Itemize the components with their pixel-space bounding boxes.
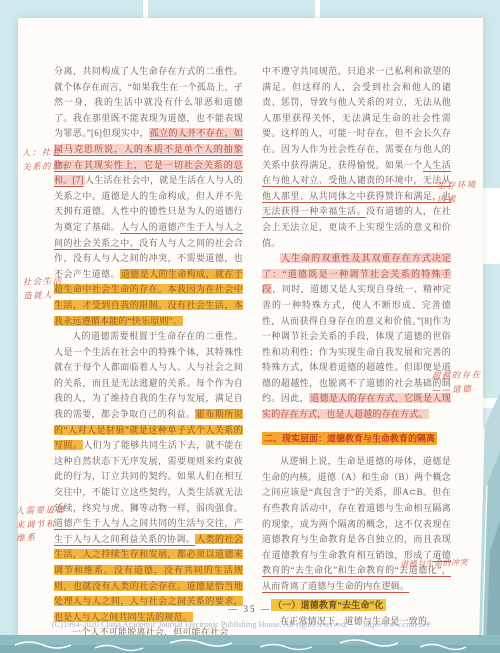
paragraph: 人的道德需要根置于生命存在的二重性。人是一个生活在社会中的特殊个体，其特殊性就在… bbox=[54, 329, 243, 625]
annotation-line: 超越的存在 bbox=[432, 369, 482, 384]
copyright-text: (C)1994-2020 China Academic Journal Elec… bbox=[52, 620, 347, 629]
wallpaper-gap bbox=[315, 0, 320, 18]
paragraph: 从逻辑上说，生命是道德的母体，道德是生命的内核，道德（A）和生命（B）两个概念之… bbox=[262, 454, 451, 594]
paragraph: 人生命的双重性及其双重存在方式决定了：“道德既是一种调节社会关系的特殊手段，同时… bbox=[262, 251, 451, 423]
annotation-note: 生存环境 因素 bbox=[437, 179, 478, 207]
text-column-right: 中不遵守共同规范，只追求一己私利和欲望的满足。但这样的人，会受到社会和他人的谴责… bbox=[262, 64, 451, 630]
annotation-line: 维系 bbox=[16, 531, 66, 546]
body-text: 中不遵守共同规范，只追求一己私利和欲望的满足。但这样的人，会受到社会和他人的谴责… bbox=[262, 66, 451, 170]
annotation-line: 造就人 bbox=[23, 289, 63, 304]
annotation-note: 社会生活 造就人 bbox=[23, 275, 64, 303]
copyright-line: (C)1994-2020 China Academic Journal Elec… bbox=[52, 620, 482, 629]
cnki-url: http://www.cnki.net bbox=[363, 620, 429, 629]
body-text: ，同时，道德又是人实现自身统一、精神完善的一种特殊方式，使人不断形成、完善德性，… bbox=[262, 284, 451, 403]
annotation-note: 人：社会 关系的总和 bbox=[22, 146, 73, 175]
annotation-line: 社会生活 bbox=[23, 275, 63, 290]
paragraph: 分离，共同构成了人生命存在方式的二重性。就个体存在而言，“如果我生在一个孤岛上，… bbox=[54, 64, 243, 329]
paragraph: 中不遵守共同规范，只追求一己私利和欲望的满足。但这样的人，会受到社会和他人的谴责… bbox=[262, 64, 451, 251]
wallpaper-gap bbox=[143, 0, 148, 18]
body-text: 从逻辑上说，生命是道德的母体，道德是生命的内核，道德（A）和生命（B）两个概念之… bbox=[262, 456, 451, 560]
body-text: 人的道德需要根置于生命存在的二重性。人是一个生活在社会中的特殊个体，其特殊性就在… bbox=[54, 331, 243, 419]
annotation-line: 人需要道德 bbox=[15, 504, 65, 519]
text-column-left: 分离，共同构成了人生命存在方式的二重性。就个体存在而言，“如果我生在一个孤岛上，… bbox=[54, 64, 243, 641]
page-number: — 35 — bbox=[0, 604, 500, 614]
annotation-line: 关系的总和 bbox=[22, 160, 72, 175]
section-heading: 二、现实层面：道德教育与生命教育的隔离 bbox=[262, 432, 451, 448]
annotation-line: 生存环境 bbox=[437, 179, 477, 194]
wallpaper-segment bbox=[483, 188, 500, 264]
section-heading-text: 二、现实层面：道德教育与生命教育的隔离 bbox=[262, 432, 437, 445]
annotation-line: 因素 bbox=[437, 193, 477, 208]
annotation-note: 人需要道德 来调节和 维系 bbox=[15, 504, 66, 546]
corner-decor bbox=[450, 393, 500, 653]
body-text: 人们为了能够共同生活下去，就不能在这种自然状态下无序发展，需要规则来约束彼此的行… bbox=[54, 440, 243, 512]
scanned-journal-page-view: 分离，共同构成了人生命存在方式的二重性。就个体存在而言，“如果我生在一个孤岛上，… bbox=[0, 0, 500, 653]
bottom-wave-decor bbox=[0, 635, 500, 653]
